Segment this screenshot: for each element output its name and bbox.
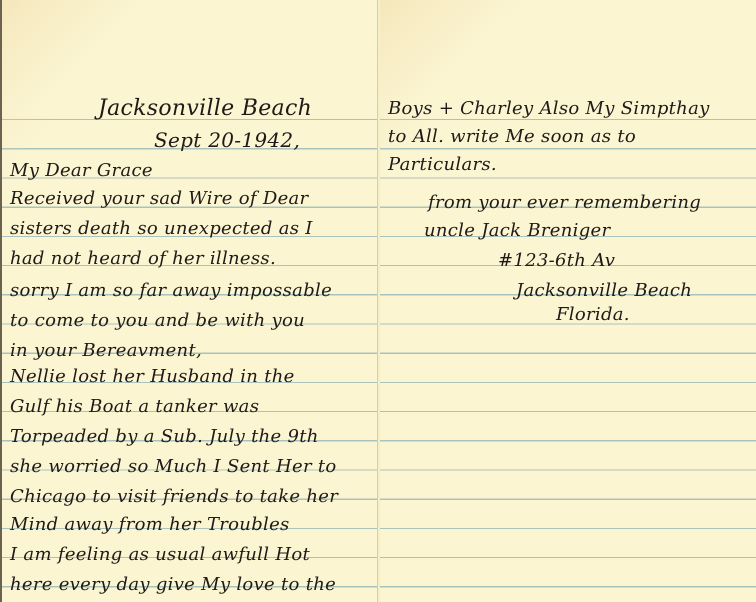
address-line: #123-6th Av <box>498 250 615 271</box>
letter-salutation: My Dear Grace <box>10 160 153 181</box>
letter-place: Jacksonville Beach <box>98 96 312 121</box>
letter-line: Torpeaded by a Sub. July the 9th <box>10 426 319 447</box>
letter-line: to come to you and be with you <box>10 310 305 331</box>
letter-date: Sept 20-1942, <box>154 128 300 152</box>
letter-line: to All. write Me soon as to <box>388 126 636 147</box>
letter-line: Particulars. <box>388 154 497 175</box>
letter-line: Chicago to visit friends to take her <box>10 486 338 507</box>
letter-line: in your Bereavment, <box>10 340 202 361</box>
letter-page-left: Jacksonville Beach Sept 20-1942, My Dear… <box>0 0 378 602</box>
letter-line: sisters death so unexpected as I <box>10 218 313 239</box>
letter-signature: uncle Jack Breniger <box>424 220 610 241</box>
letter-line: Mind away from her Troubles <box>10 514 290 535</box>
letter-page-right: Boys + Charley Also My Simpthay to All. … <box>380 0 756 602</box>
letter-line: Received your sad Wire of Dear <box>10 188 308 209</box>
letter-line: sorry I am so far away impossable <box>10 280 332 301</box>
letter-line: had not heard of her illness. <box>10 248 276 269</box>
letter-line: she worried so Much I Sent Her to <box>10 456 337 477</box>
address-line: Florida. <box>556 304 630 325</box>
letter-line: Nellie lost her Husband in the <box>10 366 295 387</box>
letter-line: Gulf his Boat a tanker was <box>10 396 259 417</box>
letter-line: I am feeling as usual awfull Hot <box>10 544 310 565</box>
address-line: Jacksonville Beach <box>516 280 692 301</box>
letter-closing: from your ever remembering <box>428 192 701 213</box>
letter-line: here every day give My love to the <box>10 574 336 595</box>
letter-line: Boys + Charley Also My Simpthay <box>388 98 710 119</box>
